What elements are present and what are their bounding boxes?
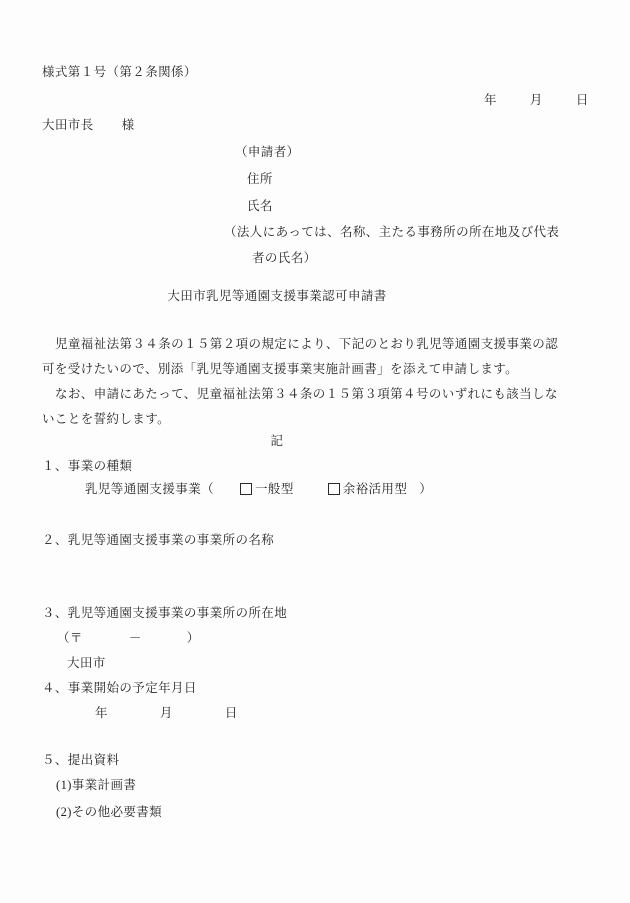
document-title: 大田市乳児等通園支援事業認可申請書 [42, 288, 512, 304]
checkbox-surplus-use-type-icon [328, 483, 340, 495]
start-date-month-label: 月 [160, 705, 173, 721]
record-marker: 記 [42, 433, 512, 449]
applicant-address-label: 住所 [247, 171, 273, 187]
start-date-year-label: 年 [95, 705, 108, 721]
option-surplus-label: 余裕活用型 [343, 481, 408, 497]
section5-item1: (1)事業計画書 [56, 777, 136, 793]
body-paragraph2-line1: なお、申請にあたって、児童福祉法第３４条の１５第３項第４号のいずれにも該当しな [42, 386, 558, 402]
section5-heading: ５、提出資料 [42, 752, 119, 768]
date-header: 年 月 日 [484, 92, 589, 108]
body-paragraph1-line2: 可を受けたいので、別添「乳児等通園支援事業実施計画書」を添えて申請します。 [42, 361, 518, 377]
date-year-label: 年 [484, 92, 497, 108]
body-paragraph2-line2: いことを誓約します。 [42, 411, 170, 427]
postal-open: （〒 [57, 630, 83, 646]
postal-close: ） [187, 630, 200, 646]
section1-item-prefix: 乳児等通園支援事業（ [85, 481, 214, 497]
addressee: 大田市長 様 [42, 117, 135, 133]
section1-item: 乳児等通園支援事業（ 一般型 余裕活用型 ） [85, 481, 432, 497]
application-form-page: 様式第１号（第２条関係） 年 月 日 大田市長 様 （申請者） 住所 氏名 （法… [0, 0, 630, 903]
option-general-label: 一般型 [255, 481, 294, 497]
section4-date-line: 年 月 日 [95, 705, 238, 721]
section1-item-suffix: ） [419, 481, 432, 497]
section3-heading: ３、乳児等通園支援事業の事業所の所在地 [42, 605, 287, 621]
date-month-label: 月 [530, 92, 543, 108]
section2-heading: ２、乳児等通園支援事業の事業所の名称 [42, 532, 274, 548]
body-paragraph1-line1: 児童福祉法第３４条の１５第２項の規定により、下記のとおり乳児等通園支援事業の認 [42, 336, 558, 352]
start-date-day-label: 日 [225, 705, 238, 721]
section4-heading: ４、事業開始の予定年月日 [42, 680, 197, 696]
addressee-name: 大田市長 [42, 117, 94, 133]
applicant-name-label: 氏名 [247, 198, 273, 214]
applicant-label: （申請者） [235, 144, 300, 160]
section5-item2: (2)その他必要書類 [56, 804, 162, 820]
form-number: 様式第１号（第２条関係） [42, 64, 197, 80]
corporate-note-line2: 者の氏名） [252, 250, 317, 266]
date-day-label: 日 [576, 92, 589, 108]
section1-heading: １、事業の種類 [42, 458, 132, 474]
postal-code-line: （〒 － ） [57, 630, 200, 646]
checkbox-general-type-icon [240, 483, 252, 495]
city-label: 大田市 [67, 655, 106, 671]
addressee-honorific: 様 [122, 117, 135, 133]
corporate-note-line1: （法人にあっては、名称、主たる事務所の所在地及び代表 [224, 224, 559, 240]
postal-dash: － [129, 630, 142, 646]
